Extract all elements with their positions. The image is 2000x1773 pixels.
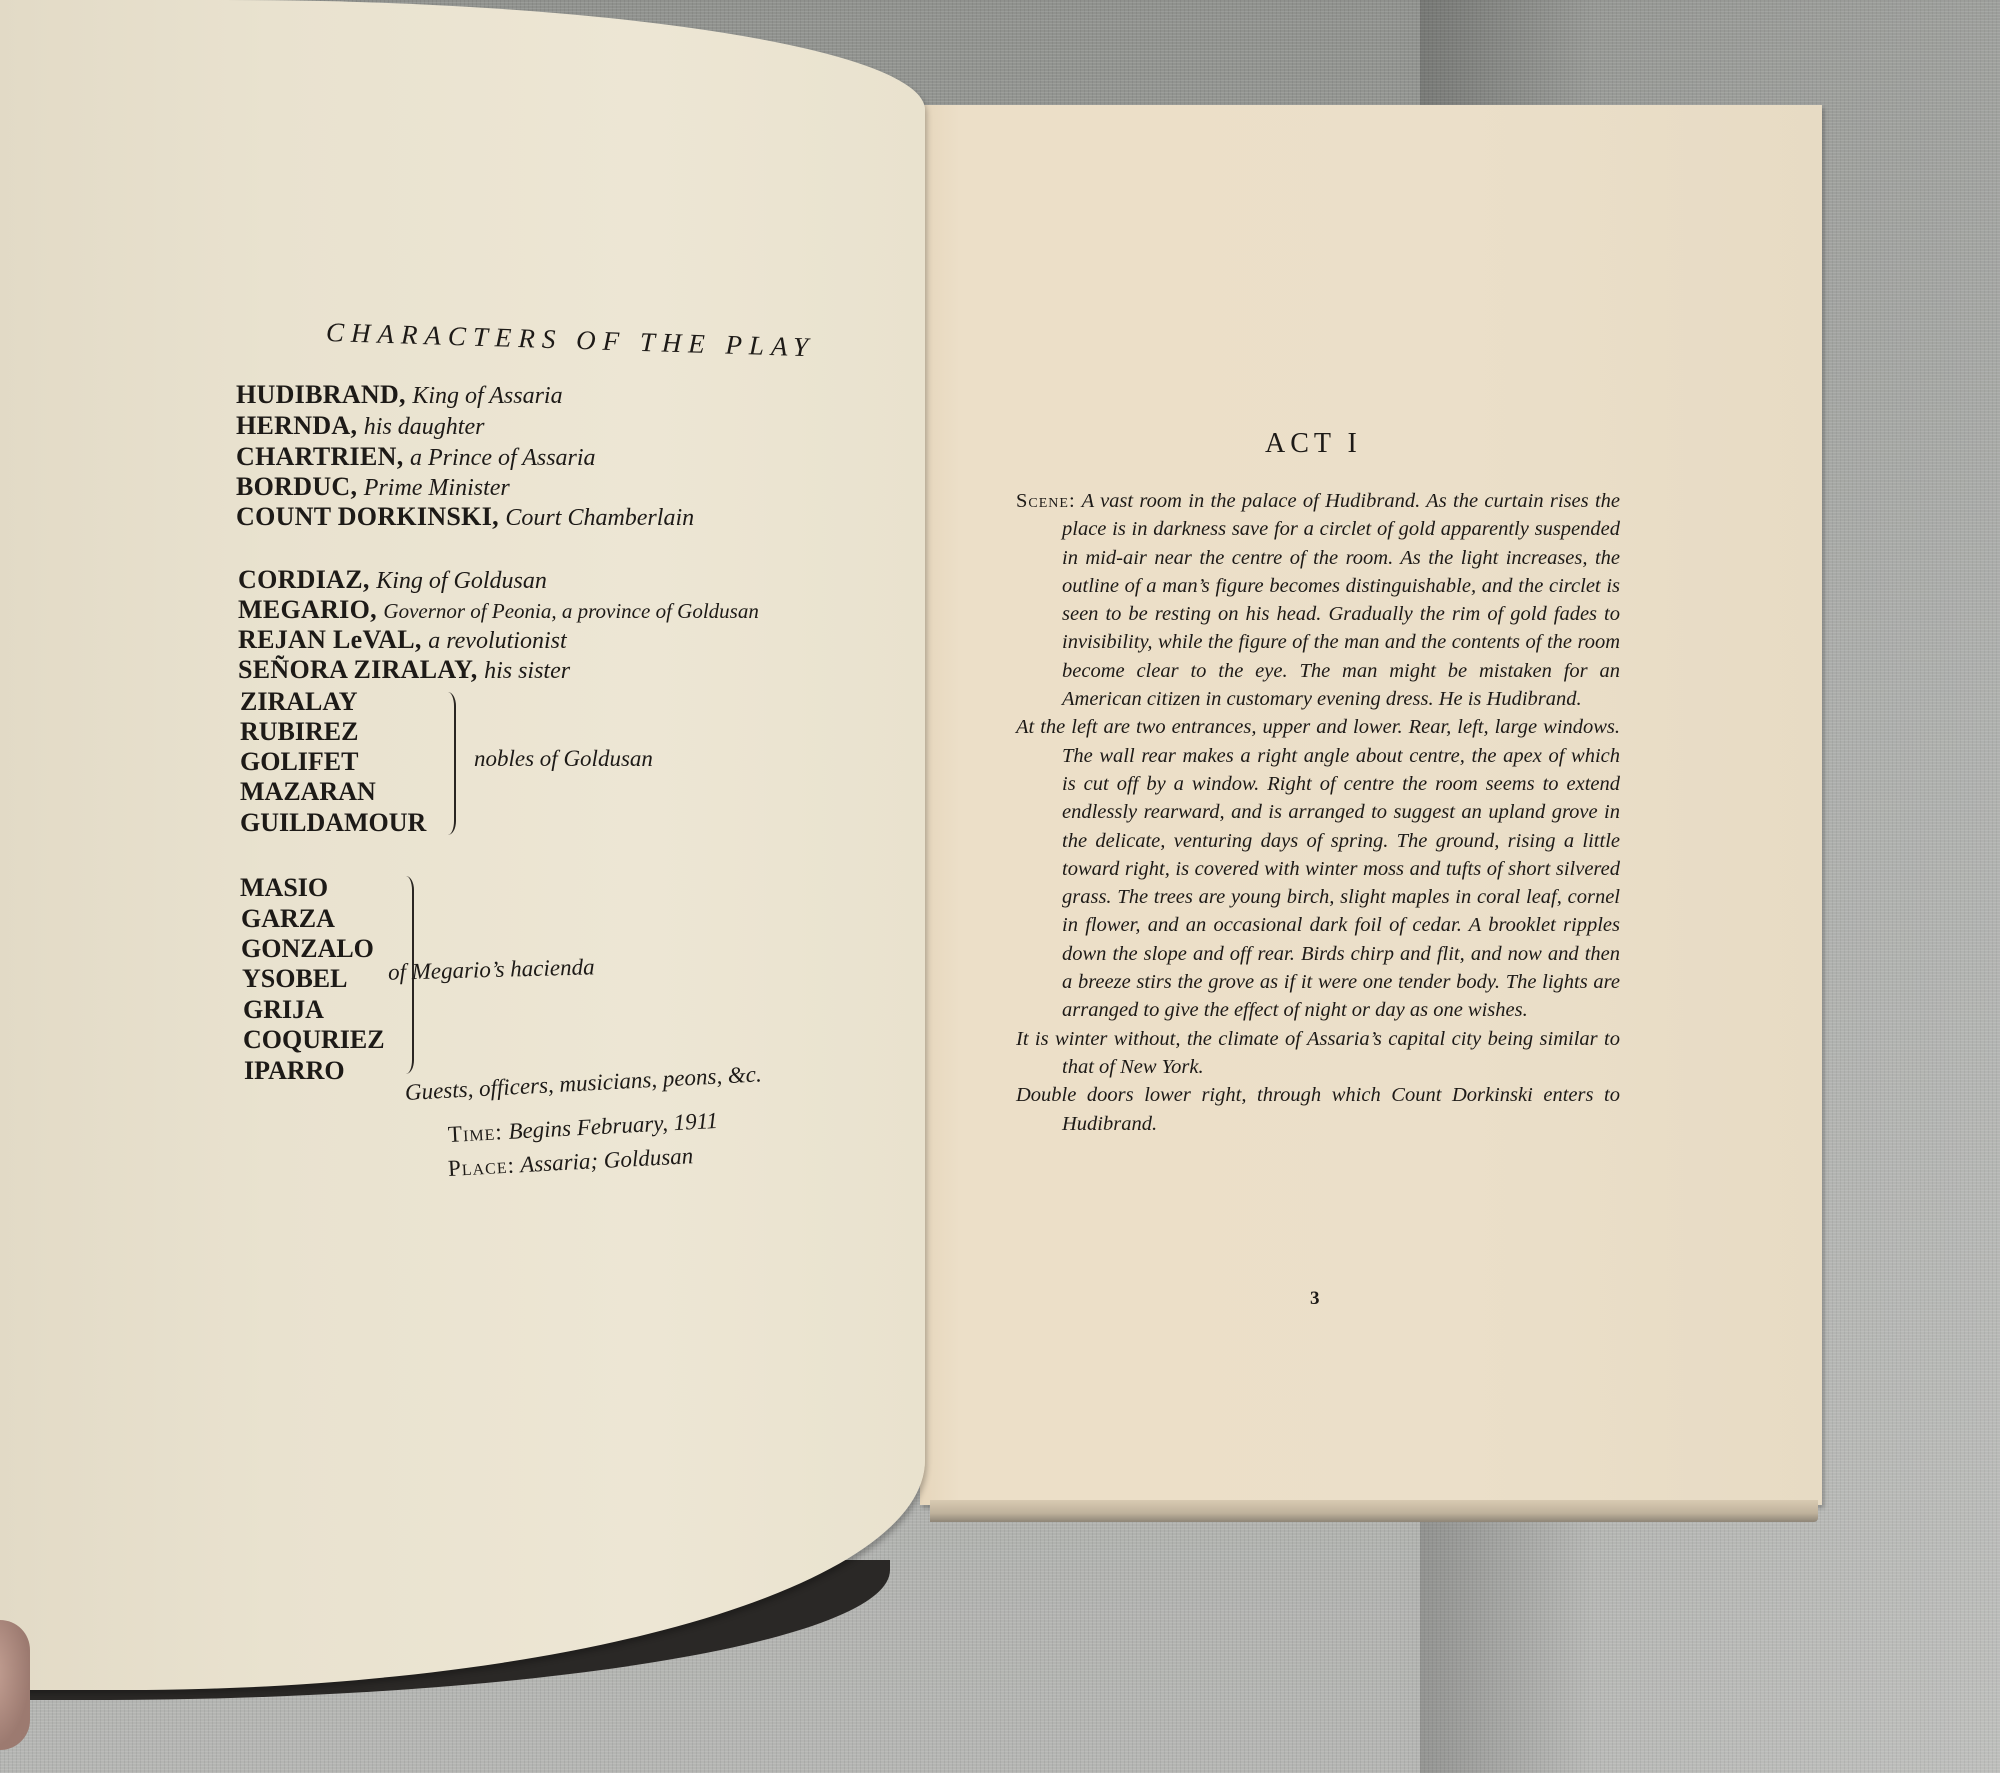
hacienda-name: COQURIEZ — [243, 1025, 385, 1055]
stage-paragraph: At the left are two entrances, upper and… — [1016, 713, 1620, 1024]
cast-entry: BORDUC, Prime Minister — [236, 472, 510, 502]
hacienda-label: of Megario’s hacienda — [388, 954, 595, 985]
cast-entry: HERNDA, his daughter — [236, 411, 484, 441]
scene-label: Scene: — [1016, 490, 1076, 512]
hacienda-name: YSOBEL — [242, 964, 348, 994]
stage-paragraph: Double doors lower right, through which … — [1016, 1081, 1620, 1138]
noble-name: GOLIFET — [240, 747, 358, 777]
stage-paragraph: It is winter without, the climate of Ass… — [1016, 1025, 1620, 1082]
act-title: ACT I — [1265, 428, 1362, 460]
stage-paragraph: Scene: A vast room in the palace of Hudi… — [1016, 487, 1620, 713]
page-block-edge — [930, 1500, 1818, 1522]
brace-icon — [448, 692, 456, 835]
nobles-label: nobles of Goldusan — [474, 746, 653, 772]
hacienda-name: GARZA — [241, 904, 335, 934]
cast-entry: CHARTRIEN, a Prince of Assaria — [236, 442, 596, 472]
hacienda-name: GRIJA — [243, 995, 324, 1025]
cast-entry: SEÑORA ZIRALAY, his sister — [238, 655, 570, 685]
page-number: 3 — [1310, 1288, 1320, 1310]
hacienda-name: GONZALO — [241, 934, 374, 964]
cast-entry: REJAN LeVAL, a revolutionist — [238, 625, 567, 655]
cast-entry: HUDIBRAND, King of Assaria — [236, 380, 563, 410]
time-label: Time: — [447, 1119, 503, 1147]
noble-name: GUILDAMOUR — [240, 808, 426, 838]
thumb — [0, 1620, 30, 1750]
cast-entry: MEGARIO, Governor of Peonia, a province … — [238, 595, 759, 625]
noble-name: MAZARAN — [240, 777, 376, 807]
hacienda-name: IPARRO — [244, 1056, 345, 1086]
place-label: Place: — [447, 1153, 515, 1181]
cast-entry: CORDIAZ, King of Goldusan — [238, 565, 547, 595]
left-page — [0, 0, 925, 1690]
hacienda-name: MASIO — [240, 873, 328, 903]
noble-name: RUBIREZ — [240, 717, 358, 747]
cast-entry: COUNT DORKINSKI, Court Chamberlain — [236, 502, 694, 532]
stage-directions: Scene: A vast room in the palace of Hudi… — [1016, 487, 1620, 1138]
noble-name: ZIRALAY — [240, 687, 358, 717]
